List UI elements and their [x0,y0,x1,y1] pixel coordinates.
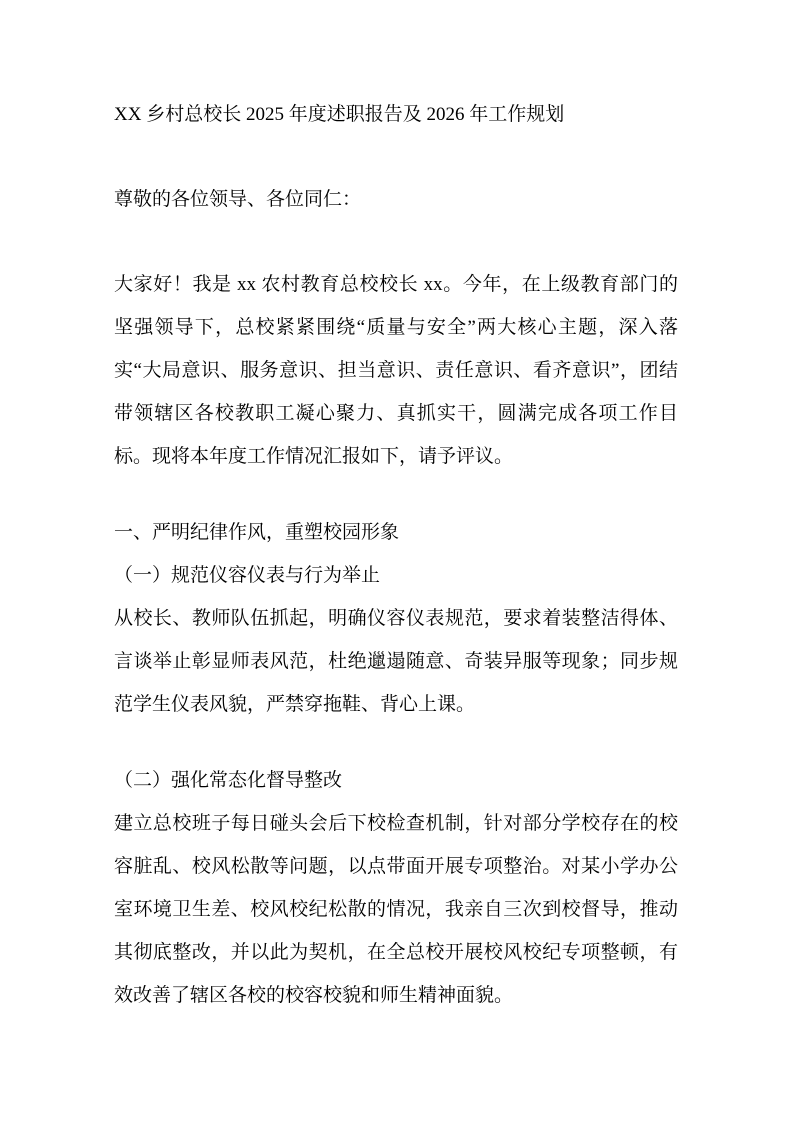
document-page: XX 乡村总校长 2025 年度述职报告及 2026 年工作规划 尊敬的各位领导… [0,0,793,1122]
salutation: 尊敬的各位领导、各位同仁： [114,178,678,221]
section1-heading: 一、严明纪律作风，重塑校园形象 [114,511,678,554]
blank-line [114,726,678,759]
document-title: XX 乡村总校长 2025 年度述职报告及 2026 年工作规划 [114,93,678,136]
blank-line [114,478,678,511]
section1-sub1-heading: （一）规范仪容仪表与行为举止 [114,554,678,597]
intro-paragraph: 大家好！我是 xx 农村教育总校校长 xx。今年，在上级教育部门的坚强领导下，总… [114,263,678,478]
blank-line [114,221,678,263]
blank-line [114,136,678,178]
section1-sub2-heading: （二）强化常态化督导整改 [114,759,678,802]
section1-sub1-body: 从校长、教师队伍抓起，明确仪容仪表规范，要求着装整洁得体、言谈举止彰显师表风范，… [114,597,678,726]
section1-sub2-body: 建立总校班子每日碰头会后下校检查机制，针对部分学校存在的校容脏乱、校风松散等问题… [114,802,678,1017]
